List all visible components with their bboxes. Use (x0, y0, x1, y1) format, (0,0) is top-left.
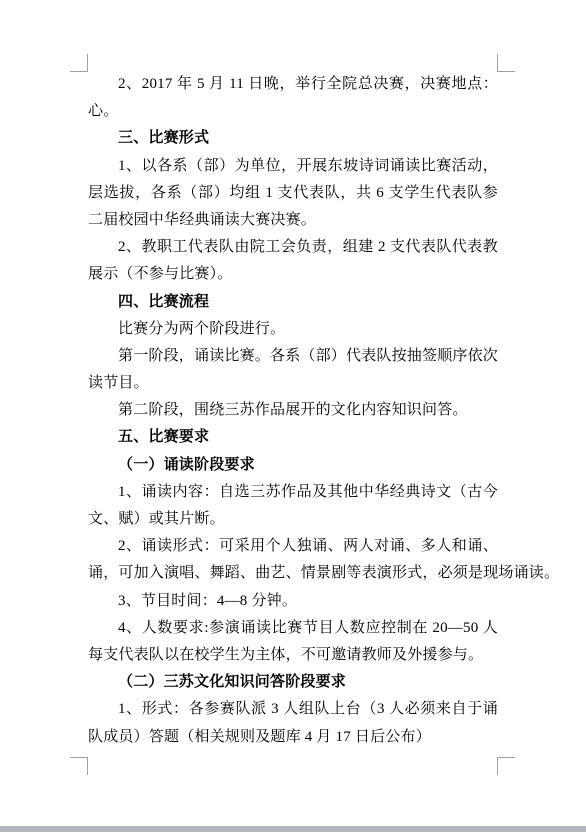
text-line: 第二阶段，围绕三苏作品展开的文化内容知识问答。 (88, 397, 498, 424)
text-line: 2、教职工代表队由院工会负责，组建 2 支代表队代表教师参加 (88, 234, 498, 261)
margin-crop-mark-top-right (497, 54, 515, 72)
document-text-area: 2、2017 年 5 月 11 日晚，举行全院总决赛，决赛地点：艺术中 心。 三… (88, 71, 498, 751)
subsection-heading: （一）诵读阶段要求 (88, 452, 498, 479)
margin-crop-mark-bottom-right (497, 757, 515, 775)
text-line: 1、诵读内容：自选三苏作品及其他中华经典诗文（古今诗、词、 (88, 479, 498, 506)
margin-crop-mark-top-left (70, 54, 88, 72)
section-heading: 三、比赛形式 (88, 125, 498, 152)
text-line: 比赛分为两个阶段进行。 (88, 316, 498, 343)
text-line: 展示（不参与比赛）。 (88, 261, 498, 288)
text-line: 层选拔，各系（部）均组 1 支代表队，共 6 支学生代表队参加学院第 (88, 180, 498, 207)
text-line: 读节目。 (88, 370, 498, 397)
bottom-strip (0, 826, 586, 832)
text-line: 2、2017 年 5 月 11 日晚，举行全院总决赛，决赛地点：艺术中 (88, 71, 498, 98)
text-line: 1、形式：各参赛队派 3 人组队上台（3 人必须来自于诵读参赛 (88, 696, 498, 723)
text-line: 第一阶段，诵读比赛。各系（部）代表队按抽签顺序依次展示诵 (88, 343, 498, 370)
text-line: 1、以各系（部）为单位，开展东坡诗词诵读比赛活动，通过层 (88, 153, 498, 180)
text-line: 队成员）答题（相关规则及题库 4 月 17 日后公布） (88, 724, 498, 751)
text-line: 二届校园中华经典诵读大赛决赛。 (88, 207, 498, 234)
text-line: 4、人数要求:参演诵读比赛节目人数应控制在 20—50 人范围内。 (88, 615, 498, 642)
text-line: 3、节目时间：4—8 分钟。 (88, 588, 498, 615)
section-heading: 四、比赛流程 (88, 289, 498, 316)
document-page: 2、2017 年 5 月 11 日晚，举行全院总决赛，决赛地点：艺术中 心。 三… (0, 0, 586, 832)
text-line: 每支代表队以在校学生为主体，不可邀请教师及外援参与。 (88, 642, 498, 669)
text-line: 心。 (88, 98, 498, 125)
section-heading: 五、比赛要求 (88, 424, 498, 451)
margin-crop-mark-bottom-left (70, 757, 88, 775)
text-line: 文、赋）或其片断。 (88, 506, 498, 533)
text-line: 诵，可加入演唱、舞蹈、曲艺、情景剧等表演形式，必须是现场诵读。 (88, 560, 498, 587)
text-line: 2、诵读形式：可采用个人独诵、两人对诵、多人和诵、集体和 (88, 533, 498, 560)
subsection-heading: （二）三苏文化知识问答阶段要求 (88, 669, 498, 696)
